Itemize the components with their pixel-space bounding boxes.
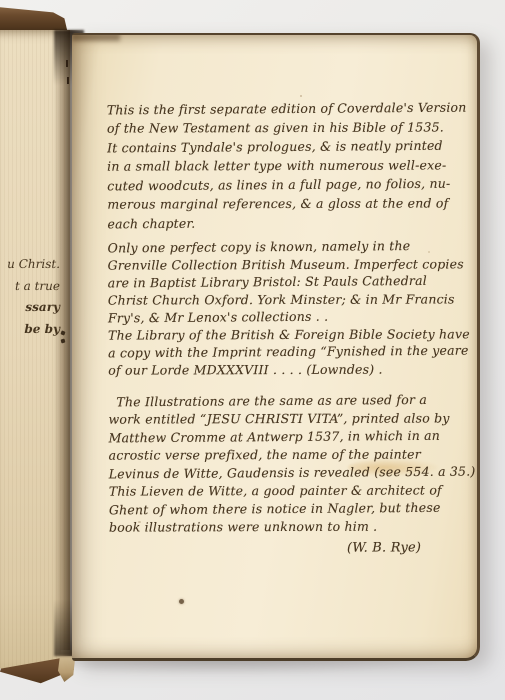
handwritten-line: work entitled “JESU CHRISTI VITA”, print… (108, 409, 466, 428)
handwritten-line: of our Lorde MDXXXVIII . . . . (Lowndes)… (108, 360, 466, 379)
handwritten-line: Matthew Cromme at Antwerp 1537, in which… (109, 427, 467, 448)
handwritten-line: ssary (0, 297, 60, 319)
handwritten-line: It contains Tyndale's prologues, & is ne… (107, 136, 465, 158)
handwritten-line: Ghent of whom there is notice in Nagler,… (109, 499, 467, 520)
right-page: This is the first separate edition of Co… (72, 33, 480, 661)
handwritten-line: acrostic verse prefixed, the name of the… (109, 445, 467, 464)
handwritten-note: This is the first separate edition of Co… (107, 98, 467, 557)
page-edge-smudge (72, 33, 120, 41)
signature: (W. B. Rye) (109, 540, 467, 557)
note-paragraph-copies: Only one perfect copy is known, namely i… (108, 237, 467, 379)
handwritten-line: a copy with the Imprint reading “Fynishe… (108, 342, 466, 362)
handwritten-line: Levinus de Witte, Gaudensis is revealed … (109, 463, 467, 484)
handwritten-line: t a true (0, 275, 60, 297)
handwritten-line: each chapter. (107, 212, 465, 234)
handwritten-line: u Christ. (0, 254, 60, 276)
note-paragraph-illustrations: The Illustrations are the same as are us… (108, 391, 467, 537)
foxing-speck (300, 95, 302, 97)
handwritten-line: This Lieven de Witte, a good painter & a… (109, 481, 467, 500)
binding-stitch (67, 77, 69, 84)
handwritten-line: The Illustrations are the same as are us… (108, 391, 466, 412)
handwritten-line: be by (0, 318, 60, 340)
handwritten-line: in a small black letter type with numero… (107, 155, 465, 175)
note-paragraph-edition: This is the first separate edition of Co… (107, 98, 466, 233)
handwritten-line: are in Baptist Library Bristol: St Pauls… (108, 272, 466, 292)
photo-of-open-book: u Christ.t a truessarybe by This is the … (0, 0, 505, 700)
handwritten-line: Grenville Collection British Museum. Imp… (108, 255, 466, 274)
handwritten-line: cuted woodcuts, as lines in a full page,… (107, 174, 465, 196)
handwritten-line: This is the first separate edition of Co… (107, 98, 465, 120)
handwritten-line: The Library of the British & Foreign Bib… (108, 325, 466, 344)
handwritten-line: book illustrations were unknown to him . (109, 517, 467, 536)
foxing-speck (179, 599, 184, 604)
handwritten-line: Christ Church Oxford. York Minster; & in… (108, 290, 466, 309)
handwritten-line: merous marginal references, & a gloss at… (107, 193, 465, 213)
handwritten-line: of the New Testament as given in his Bib… (107, 117, 465, 137)
handwritten-line: Only one perfect copy is known, namely i… (108, 237, 466, 257)
binding-stitch (66, 60, 68, 67)
handwritten-line: Fry's, & Mr Lenox's collections . . (108, 307, 466, 327)
